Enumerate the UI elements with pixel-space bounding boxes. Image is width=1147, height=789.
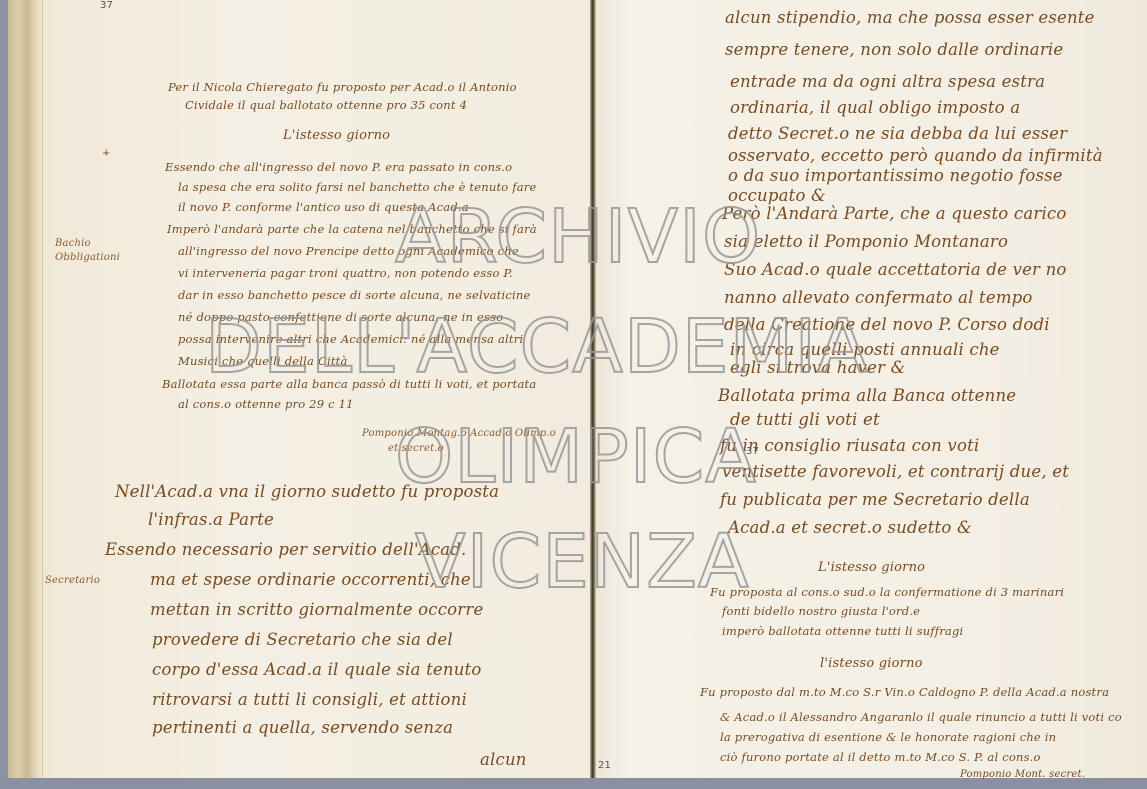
text-line: detto Secret.o ne sia debba da lui esser [728, 124, 1067, 143]
text-line: corpo d'essa Acad.a il quale sia tenuto [152, 660, 482, 679]
text-line: Fu proposta al cons.o sud.o la confermat… [710, 585, 1064, 599]
section-heading: L'istesso giorno [818, 560, 925, 575]
text-line: Essendo necessario per servitio dell'Aca… [105, 540, 467, 559]
text-line: Acad.a et secret.o sudetto & [728, 518, 972, 537]
text-line: ventisette favorevoli, et contrarij due,… [722, 462, 1069, 481]
section-heading: l'istesso giorno [820, 656, 923, 671]
text-line: l'infras.a Parte [148, 510, 274, 529]
watermark-line-1: ARCHIVIO [395, 200, 761, 274]
signature-pomponio-right: Pomponio Mont. secret. [960, 769, 1085, 780]
text-line: Per il Nicola Chieregato fu proposto per… [168, 80, 517, 94]
text-line: dar in esso banchetto pesce di sorte alc… [178, 288, 530, 302]
text-line: & Acad.o il Alessandro Angaranlo il qual… [720, 710, 1122, 724]
text-line: fu publicata per me Secretario della [720, 490, 1030, 509]
left-page-binding-edge [8, 0, 43, 780]
manuscript-spread: 37 21 + Bachio Obbligationi Secretario P… [0, 0, 1147, 789]
text-line: al cons.o ottenne pro 29 c 11 [178, 397, 354, 411]
watermark-line-2: DELL'ACCADEMIA [205, 310, 869, 384]
margin-cross-mark: + [102, 148, 111, 159]
text-line: osservato, eccetto però quando da infirm… [728, 146, 1103, 165]
watermark-line-3: OLIMPICA [395, 420, 757, 494]
text-line: Fu proposto dal m.to M.co S.r Vin.o Cald… [700, 685, 1109, 699]
text-line: ciò furono portate al il detto m.to M.co… [720, 750, 1041, 764]
watermark-line-4: VICENZA [415, 525, 750, 599]
text-line: Essendo che all'ingresso del novo P. era… [165, 160, 512, 174]
text-line: sia eletto il Pomponio Montanaro [724, 232, 1008, 251]
text-line: pertinenti a quella, servendo senza [152, 718, 453, 737]
text-line: ordinaria, il qual obligo imposto a [730, 98, 1020, 117]
text-line: Cividale il qual ballotato ottenne pro 3… [185, 98, 467, 112]
margin-note-bachio: Bachio [55, 238, 91, 249]
margin-note-obbligationi: Obbligationi [55, 252, 120, 263]
catchword: alcun [480, 750, 527, 769]
page-number-left: 37 [100, 0, 113, 11]
book-gutter [590, 0, 596, 784]
text-line: imperò ballotata ottenne tutti li suffra… [722, 624, 963, 638]
page-number-right: 21 [598, 760, 611, 771]
text-line: fonti bidello nostro giusta l'ord.e [722, 604, 920, 618]
text-line: Però l'Andarà Parte, che a questo carico [722, 204, 1067, 223]
text-line: ritrovarsi a tutti li consigli, et attio… [152, 690, 467, 709]
text-line: o da suo importantissimo negotio fosse [728, 166, 1063, 185]
margin-note-secretario: Secretario [45, 575, 100, 586]
text-line: provedere di Secretario che sia del [152, 630, 453, 649]
text-line: sempre tenere, non solo dalle ordinarie [725, 40, 1063, 59]
text-line: la spesa che era solito farsi nel banche… [178, 180, 537, 194]
text-line: la prerogativa di esentione & le honorat… [720, 730, 1056, 744]
section-heading: L'istesso giorno [283, 128, 390, 143]
text-line: entrade ma da ogni altra spesa estra [730, 72, 1045, 91]
text-line: alcun stipendio, ma che possa esser esen… [725, 8, 1095, 27]
text-line: Suo Acad.o quale accettatoria de ver no [724, 260, 1067, 279]
